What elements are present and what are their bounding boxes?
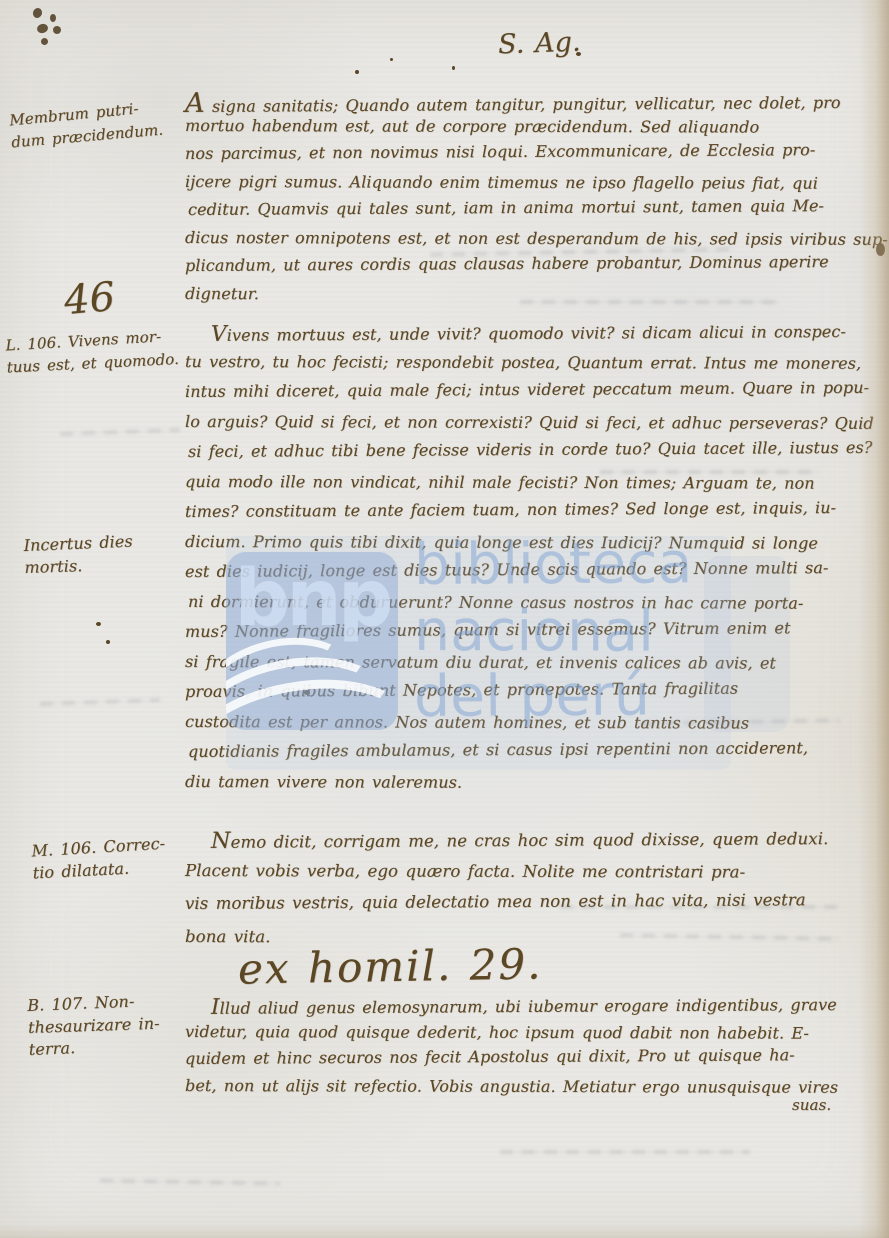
text-line: est dies iudicij, longe est dies tuus? U… xyxy=(185,558,880,592)
showthrough-mark xyxy=(100,1178,280,1185)
text-line: nos parcimus, et non novimus nisi loqui.… xyxy=(185,140,880,172)
paragraph-membrum: A signa sanitatis; Quando autem tangitur… xyxy=(185,88,880,312)
showthrough-mark xyxy=(40,698,160,706)
ink-blot xyxy=(53,26,61,34)
margin-note-l106: L. 106. Vivens mor-tuus est, et quomodo. xyxy=(5,326,179,379)
margin-note-m106: M. 106. Correc-tio dilatata. xyxy=(31,832,205,885)
paragraph-elemosynarum: Illud aliud genus elemosynarum, ubi iube… xyxy=(185,995,880,1103)
margin-note-membrum-putridum: Membrum putri-dum præcidendum. xyxy=(8,95,183,154)
page-heading: S. Ag. xyxy=(497,27,581,61)
manuscript-scan: S. Ag. Membrum putri-dum præcidendum. 46… xyxy=(0,0,889,1238)
text-line: diu tamen vivere non valeremus. xyxy=(185,772,880,804)
margin-note-incertus-dies: Incertus diesmortis. xyxy=(23,529,196,579)
ink-speck xyxy=(106,640,110,644)
ink-blot xyxy=(41,38,48,45)
catchword: suas. xyxy=(792,1096,831,1114)
text-line: A signa sanitatis; Quando autem tangitur… xyxy=(185,84,880,116)
text-line: Vivens mortuus est, unde vivit? quomodo … xyxy=(185,318,880,352)
showthrough-mark xyxy=(500,1150,750,1154)
ink-speck xyxy=(390,58,393,61)
text-line: Nemo dicit, corrigam me, ne cras hoc sim… xyxy=(185,824,880,861)
ink-blot xyxy=(50,14,56,22)
text-line: quotidianis fragiles ambulamus, et si ca… xyxy=(188,738,880,772)
paper-background: S. Ag. Membrum putri-dum præcidendum. 46… xyxy=(0,0,889,1238)
text-line: ceditur. Quamvis qui tales sunt, iam in … xyxy=(188,196,880,228)
text-line: mus? Nonne fragiliores sumus, quam si vi… xyxy=(185,618,880,652)
text-line: proavis, in quibus bibunt Nepotes, et pr… xyxy=(185,678,880,712)
text-line: Illud aliud genus elemosynarum, ubi iube… xyxy=(185,991,880,1022)
ink-speck xyxy=(452,66,455,70)
ink-blot xyxy=(32,7,44,19)
text-line: times? constituam te ante faciem tuam, n… xyxy=(185,498,880,532)
section-heading: ex homil. 29. xyxy=(238,939,543,993)
text-line: plicandum, ut aures cordis quas clausas … xyxy=(185,252,880,284)
showthrough-mark xyxy=(60,428,180,436)
ink-speck xyxy=(96,622,101,626)
ink-speck xyxy=(355,70,359,74)
page-right-edge xyxy=(859,0,889,1238)
text-line: bet, non ut alijs sit refectio. Vobis an… xyxy=(185,1076,880,1105)
text-line: quidem et hinc securos nos fecit Apostol… xyxy=(185,1045,880,1076)
text-line: intus mihi diceret, quia male feci; intu… xyxy=(185,378,880,412)
text-line: vis moribus vestris, quia delectatio mea… xyxy=(185,890,880,927)
margin-note-b107: B. 107. Non-thesaurizare in-terra. xyxy=(27,989,201,1061)
page-bottom-edge xyxy=(0,1224,889,1238)
text-line: mortis. xyxy=(24,551,197,579)
text-line: dignetur. xyxy=(185,284,880,314)
page-number: 46 xyxy=(62,274,117,324)
paragraph-vivens-mortuus: Vivens mortuus est, unde vivit? quomodo … xyxy=(185,322,880,802)
text-line: si feci, et adhuc tibi bene fecisse vide… xyxy=(188,438,880,472)
ink-blot xyxy=(36,23,49,35)
